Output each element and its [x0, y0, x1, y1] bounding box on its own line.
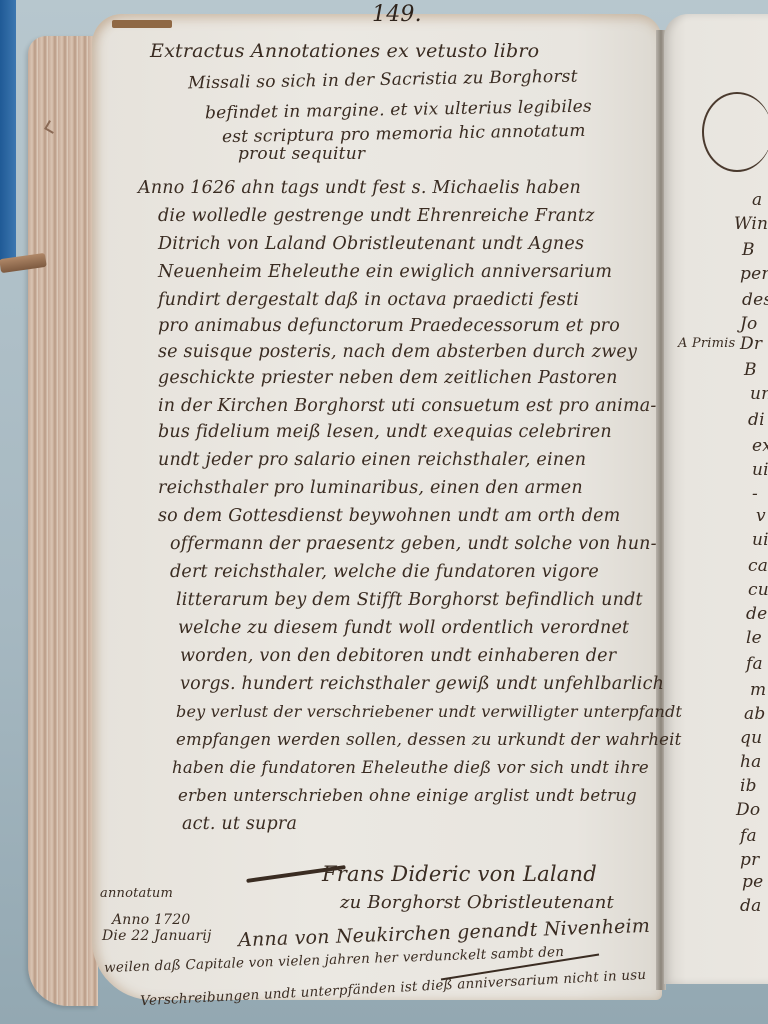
body-line: empfangen werden sollen, dessen zu urkun… — [176, 730, 681, 749]
body-line: reichsthaler pro luminaribus, einen den … — [158, 478, 583, 498]
facing-page-fragment: a — [752, 190, 762, 210]
facing-page-fragment: da — [740, 896, 761, 916]
body-line: Neuenheim Eheleuthe ein ewiglich anniver… — [158, 262, 612, 282]
page-damage — [112, 20, 172, 28]
body-line: in der Kirchen Borghorst uti consuetum e… — [158, 396, 657, 416]
initial-flourish — [702, 92, 768, 172]
heading-line: prout sequitur — [238, 144, 365, 164]
body-line: Anno 1626 ahn tags undt fest s. Michaeli… — [138, 178, 581, 198]
body-line: so dem Gottesdienst beywohnen undt am or… — [158, 506, 620, 526]
facing-page-fragment: Win — [734, 214, 768, 234]
facing-page-fragment: m — [750, 680, 766, 700]
body-line: welche zu diesem fundt woll ordentlich v… — [178, 618, 629, 638]
heading-line: Extractus Annotationes ex vetusto libro — [150, 40, 539, 62]
facing-page-fragment: qu — [740, 728, 762, 748]
blue-folder-edge — [0, 0, 16, 260]
body-line: geschickte priester neben dem zeitlichen… — [158, 368, 618, 388]
facing-page-fragment: pe — [742, 872, 763, 892]
facing-page-fragment: B — [744, 360, 757, 380]
body-line: litterarum bey dem Stifft Borghorst befi… — [176, 590, 643, 610]
body-line: die wolledle gestrenge undt Ehrenreiche … — [158, 206, 595, 226]
facing-page-fragment: ex — [752, 436, 768, 456]
body-line: bey verlust der verschriebener undt verw… — [176, 702, 682, 721]
body-line: Ditrich von Laland Obristleutenant undt … — [158, 234, 584, 254]
margin-note-line: Anno 1720 — [112, 912, 190, 928]
body-line: dert reichsthaler, welche die fundatoren… — [170, 562, 599, 582]
facing-page-fragment: ui — [752, 530, 768, 550]
facing-page-fragment: fa — [740, 826, 757, 846]
body-line: haben die fundatoren Eheleuthe dieß vor … — [172, 758, 649, 777]
facing-page-fragment: pr — [740, 850, 759, 870]
facing-page-fragment: ha — [740, 752, 761, 772]
body-line: fundirt dergestalt daß in octava praedic… — [158, 290, 579, 310]
signature-husband: Frans Dideric von Laland — [322, 862, 597, 886]
page-number: 149. — [372, 2, 422, 27]
facing-page-fragment: cu — [748, 580, 768, 600]
facing-page-fragment: un — [750, 384, 768, 404]
facing-page-fragment: de — [746, 604, 767, 624]
facing-page-fragment: Do — [736, 800, 760, 820]
facing-page-fragment: ab — [744, 704, 765, 724]
body-line: worden, von den debitoren undt einhabere… — [180, 646, 616, 666]
body-line: erben unterschrieben ohne einige arglist… — [178, 786, 637, 805]
facing-page-fragment: per — [740, 264, 768, 284]
margin-note-line: annotatum — [100, 886, 173, 901]
body-line: offermann der praesentz geben, undt solc… — [170, 534, 657, 554]
body-line: vorgs. hundert reichsthaler gewiß undt u… — [180, 674, 664, 694]
signature-title: zu Borghorst Obristleutenant — [340, 892, 614, 913]
facing-page-fragment: - — [752, 484, 758, 504]
body-line: se suisque posteris, nach dem absterben … — [158, 342, 637, 362]
body-line: undt jeder pro salario einen reichsthale… — [158, 450, 586, 470]
book-page-stack-edge — [28, 36, 98, 1006]
body-line: bus fidelium meiß lesen, undt exequias c… — [158, 422, 612, 442]
facing-page-fragment: Jo — [740, 314, 757, 334]
facing-page-fragment: fa — [746, 654, 763, 674]
facing-page-fragment: v — [756, 506, 766, 526]
facing-page-fragment: Dr — [740, 334, 762, 354]
facing-page-fragment: des — [742, 290, 768, 310]
facing-page-fragment: le — [746, 628, 762, 648]
facing-page-fragment: ca — [748, 556, 768, 576]
margin-note-line: Die 22 Januarij — [102, 928, 212, 944]
body-line: act. ut supra — [182, 814, 297, 834]
facing-page-fragment: ib — [740, 776, 757, 796]
facing-page-margin-note: A Primis — [678, 336, 735, 351]
facing-page-fragment: ui — [752, 460, 768, 480]
facing-page-fragment: B — [742, 240, 755, 260]
body-line: pro animabus defunctorum Praedecessorum … — [158, 316, 620, 336]
facing-page-fragment: di — [748, 410, 765, 430]
